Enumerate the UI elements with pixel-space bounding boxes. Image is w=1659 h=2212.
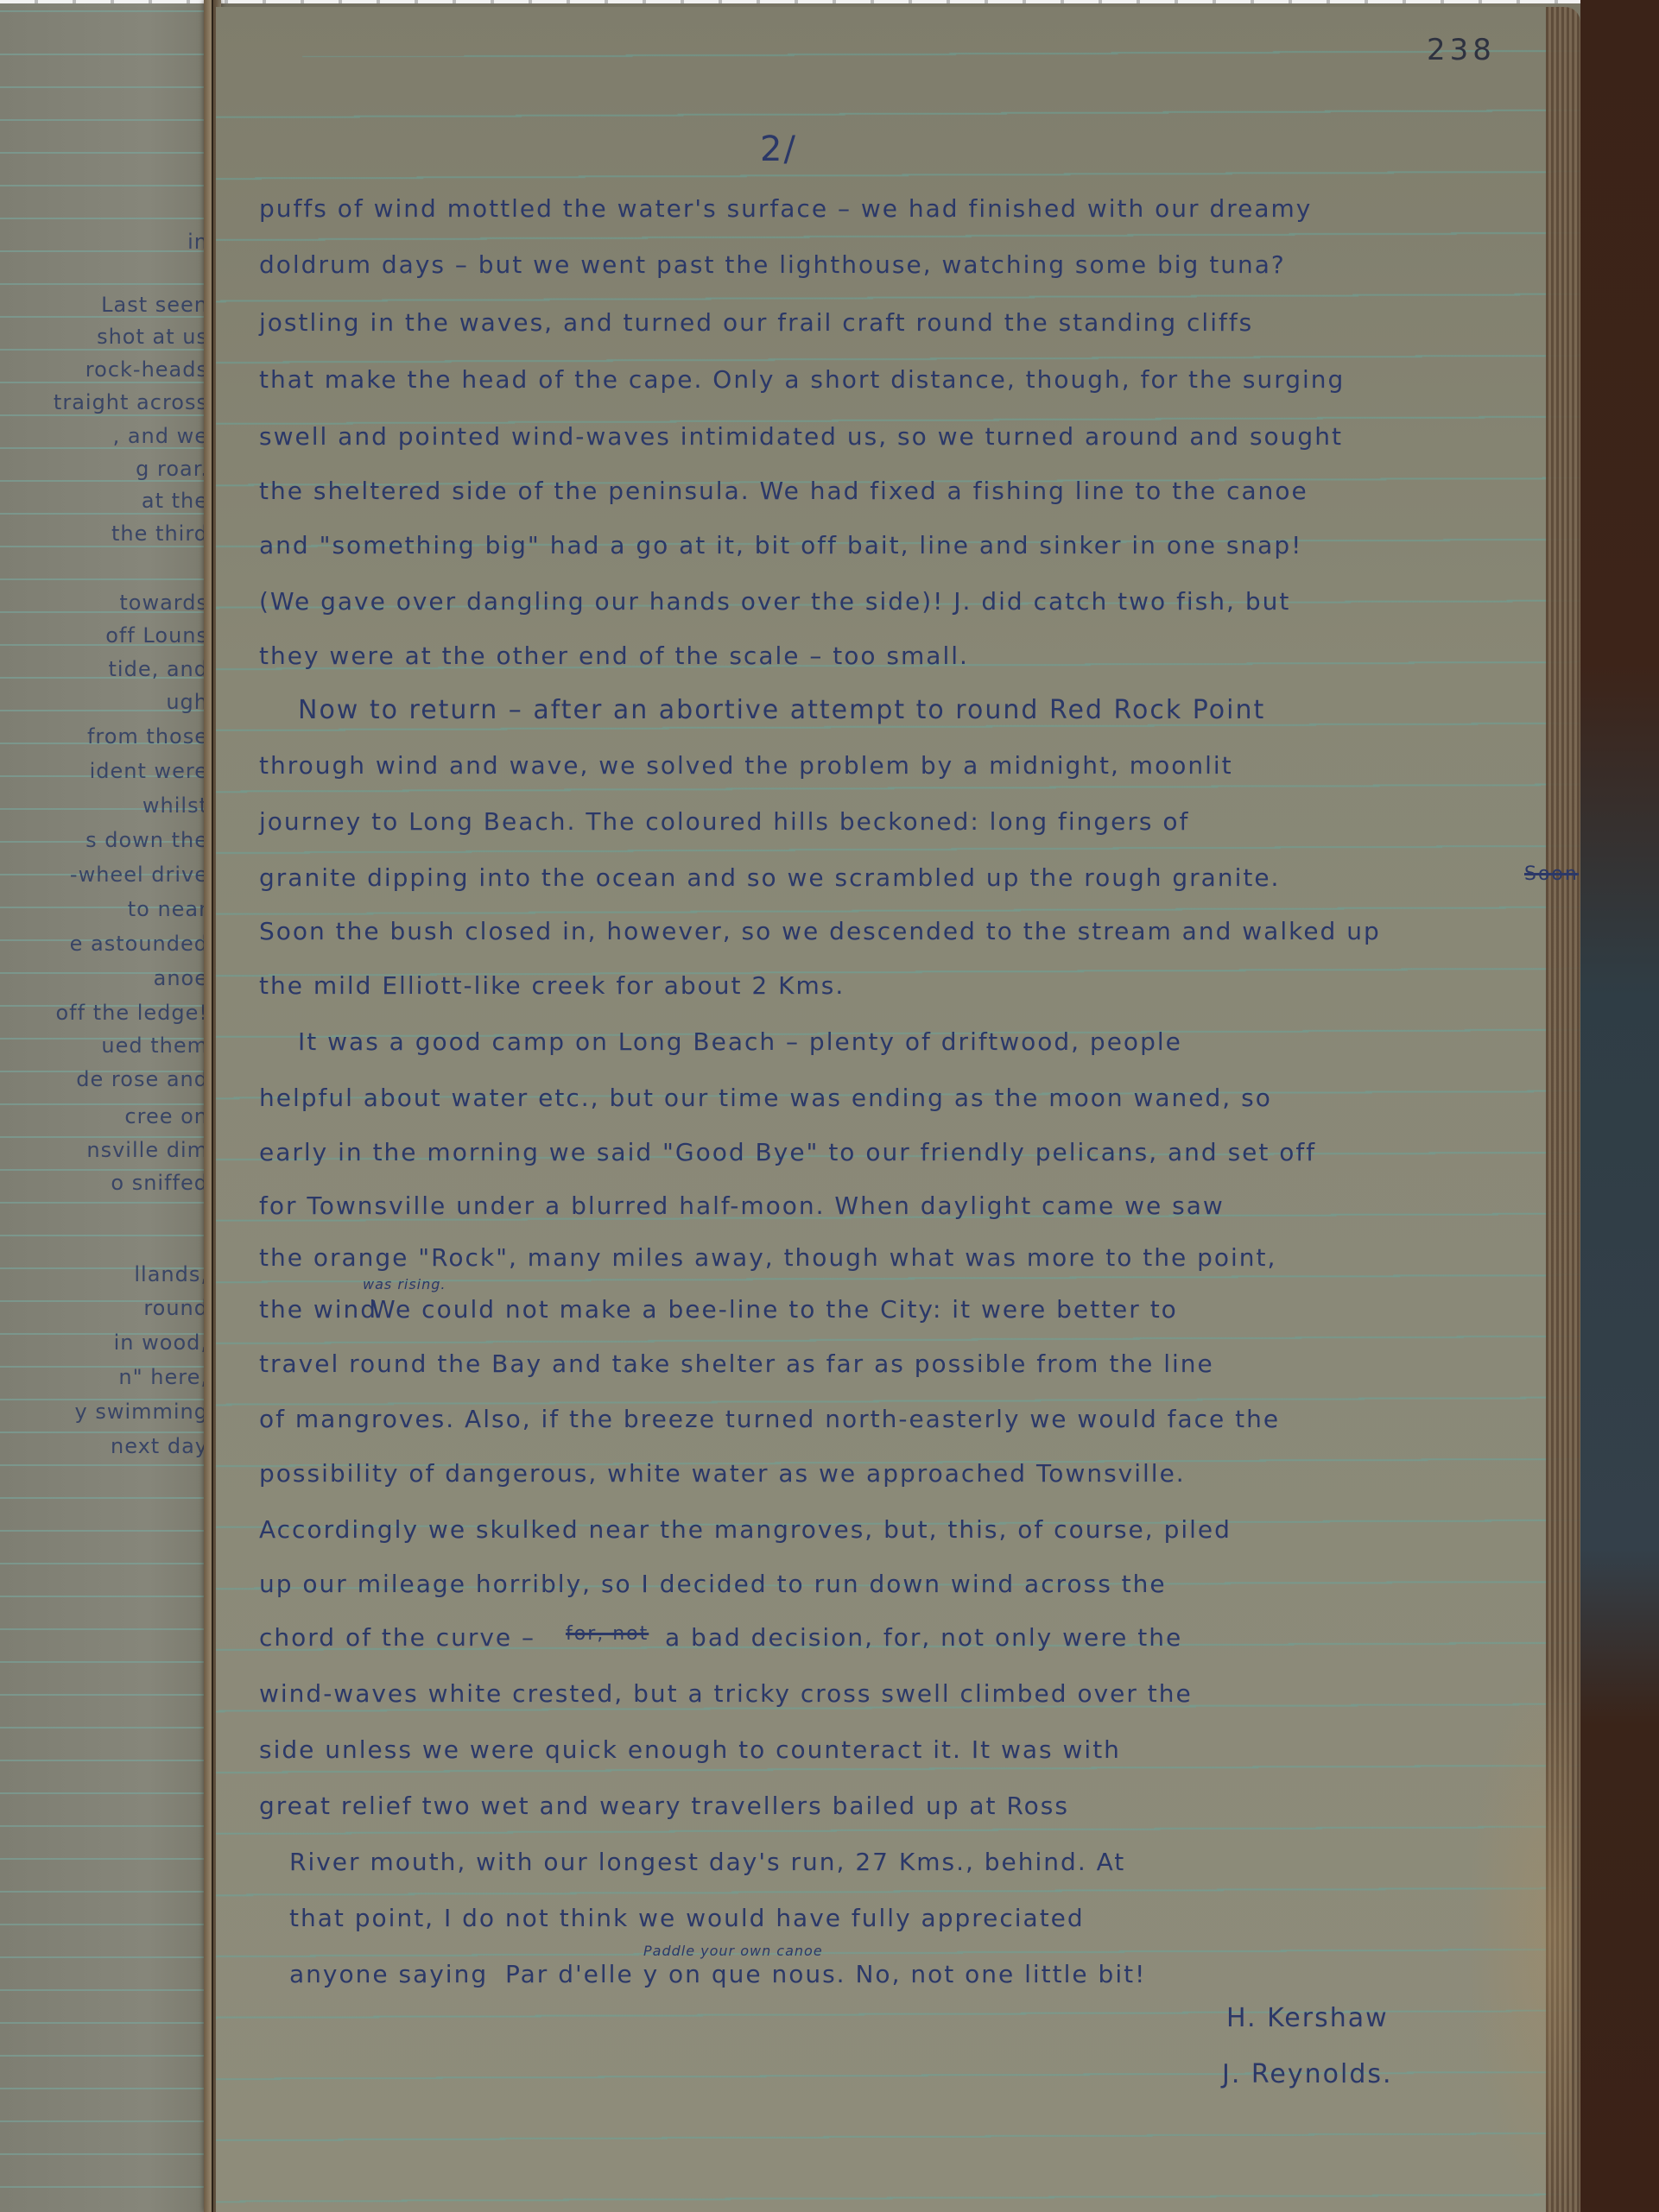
left-fragment: at the	[142, 489, 208, 513]
body-line: helpful about water etc., but our time w…	[259, 1084, 1272, 1112]
body-line: anyone saying	[289, 1960, 488, 1988]
left-fragment: the third	[111, 521, 208, 546]
section-mark: 2/	[760, 130, 797, 169]
body-line: journey to Long Beach. The coloured hill…	[259, 807, 1189, 836]
left-fragment: Last seen	[101, 293, 208, 317]
body-line: granite dipping into the ocean and so we…	[259, 863, 1280, 892]
body-line: early in the morning we said "Good Bye" …	[259, 1138, 1316, 1166]
left-fragment: towards	[119, 591, 208, 615]
body-line: doldrum days – but we went past the ligh…	[259, 250, 1286, 279]
left-fragment: traight across	[54, 390, 208, 414]
body-line: the wind	[259, 1295, 377, 1324]
body-line-indented: Now to return – after an abortive attemp…	[298, 695, 1265, 725]
body-line: wind-waves white crested, but a tricky c…	[259, 1679, 1193, 1708]
body-line: travel round the Bay and take shelter as…	[259, 1349, 1214, 1378]
body-line: side unless we were quick enough to coun…	[259, 1735, 1121, 1764]
scan-border	[0, 0, 1659, 3]
left-fragment: ued them	[101, 1033, 208, 1058]
body-line: (We gave over dangling our hands over th…	[259, 587, 1290, 616]
body-line: of mangroves. Also, if the breeze turned…	[259, 1405, 1280, 1433]
left-fragment: y swimming	[74, 1400, 208, 1424]
inserted-translation: Paddle your own canoe	[643, 1943, 823, 1959]
body-line-indented: It was a good camp on Long Beach – plent…	[298, 1027, 1182, 1056]
body-line: up our mileage horribly, so I decided to…	[259, 1570, 1167, 1598]
signature-reynolds: J. Reynolds.	[1222, 2059, 1393, 2089]
body-line: for Townsville under a blurred half-moon…	[259, 1191, 1225, 1220]
left-fragment: s down the	[85, 828, 208, 852]
left-fragment: off the ledge!	[55, 1001, 208, 1025]
left-fragment: anoe	[154, 966, 208, 990]
left-fragment: ugh	[166, 690, 208, 714]
struck-word: for, not	[566, 1623, 649, 1645]
left-fragment: ident were	[90, 759, 208, 783]
left-fragment: from those	[87, 724, 208, 749]
body-line: jostling in the waves, and turned our fr…	[259, 308, 1253, 337]
left-fragment: rock-heads	[85, 357, 208, 382]
body-line: a bad decision, for, not only were the	[665, 1623, 1182, 1652]
left-fragment: o sniffed	[111, 1171, 208, 1195]
notebook-photo: in Last seen shot at us rock-heads traig…	[0, 0, 1659, 2212]
body-line: Soon the bush closed in, however, so we …	[259, 917, 1381, 945]
left-fragment: shot at us	[97, 325, 208, 349]
page-number: 238	[1427, 33, 1496, 67]
body-line: possibility of dangerous, white water as…	[259, 1459, 1186, 1488]
body-line: Accordingly we skulked near the mangrove…	[259, 1515, 1232, 1544]
body-line: chord of the curve –	[259, 1623, 535, 1652]
left-fragment: round	[143, 1296, 208, 1320]
body-line: puffs of wind mottled the water's surfac…	[259, 194, 1312, 223]
left-fragment: next day	[111, 1434, 208, 1458]
left-fragment: , and we	[113, 424, 208, 448]
body-line: River mouth, with our longest day's run,…	[289, 1848, 1125, 1876]
spine-crack	[212, 0, 213, 2212]
water-stain	[1468, 1658, 1572, 2210]
body-line: Par d'elle y on que nous. No, not one li…	[505, 1960, 1146, 1988]
body-line: they were at the other end of the scale …	[259, 641, 969, 670]
left-fragment: llands,	[134, 1262, 208, 1286]
left-fragment: e astounded	[70, 932, 208, 956]
left-fragment: n" here,	[118, 1365, 208, 1389]
body-line: that make the head of the cape. Only a s…	[259, 365, 1345, 394]
struck-word: Soon	[1524, 863, 1579, 885]
left-fragment: in wood,	[114, 1330, 208, 1355]
body-line: the sheltered side of the peninsula. We …	[259, 477, 1308, 505]
left-fragment: nsville dim	[86, 1138, 208, 1162]
body-line: the mild Elliott-like creek for about 2 …	[259, 971, 845, 1000]
left-fragment: to near	[128, 897, 208, 921]
book-cover	[1580, 0, 1659, 2212]
body-line: and "something big" had a go at it, bit …	[259, 531, 1302, 559]
left-fragment: -wheel drive	[70, 863, 208, 887]
body-line: We could not make a bee-line to the City…	[371, 1295, 1178, 1324]
left-fragment: tide, and	[109, 657, 209, 681]
signature-kershaw: H. Kershaw	[1226, 2003, 1389, 2033]
left-fragment: off Louns	[105, 623, 208, 648]
left-page: in Last seen shot at us rock-heads traig…	[0, 3, 212, 2212]
body-line: great relief two wet and weary traveller…	[259, 1792, 1069, 1820]
body-line: through wind and wave, we solved the pro…	[259, 751, 1233, 780]
body-line: the orange "Rock", many miles away, thou…	[259, 1243, 1276, 1272]
body-line: swell and pointed wind-waves intimidated…	[259, 422, 1343, 451]
left-fragment: cree on	[124, 1104, 208, 1128]
left-fragment: whilst	[142, 793, 208, 818]
inserted-text: was rising.	[363, 1276, 446, 1292]
left-fragment: g roar.	[136, 457, 208, 481]
left-fragment: de rose and	[76, 1067, 208, 1091]
body-line: that point, I do not think we would have…	[289, 1904, 1085, 1932]
